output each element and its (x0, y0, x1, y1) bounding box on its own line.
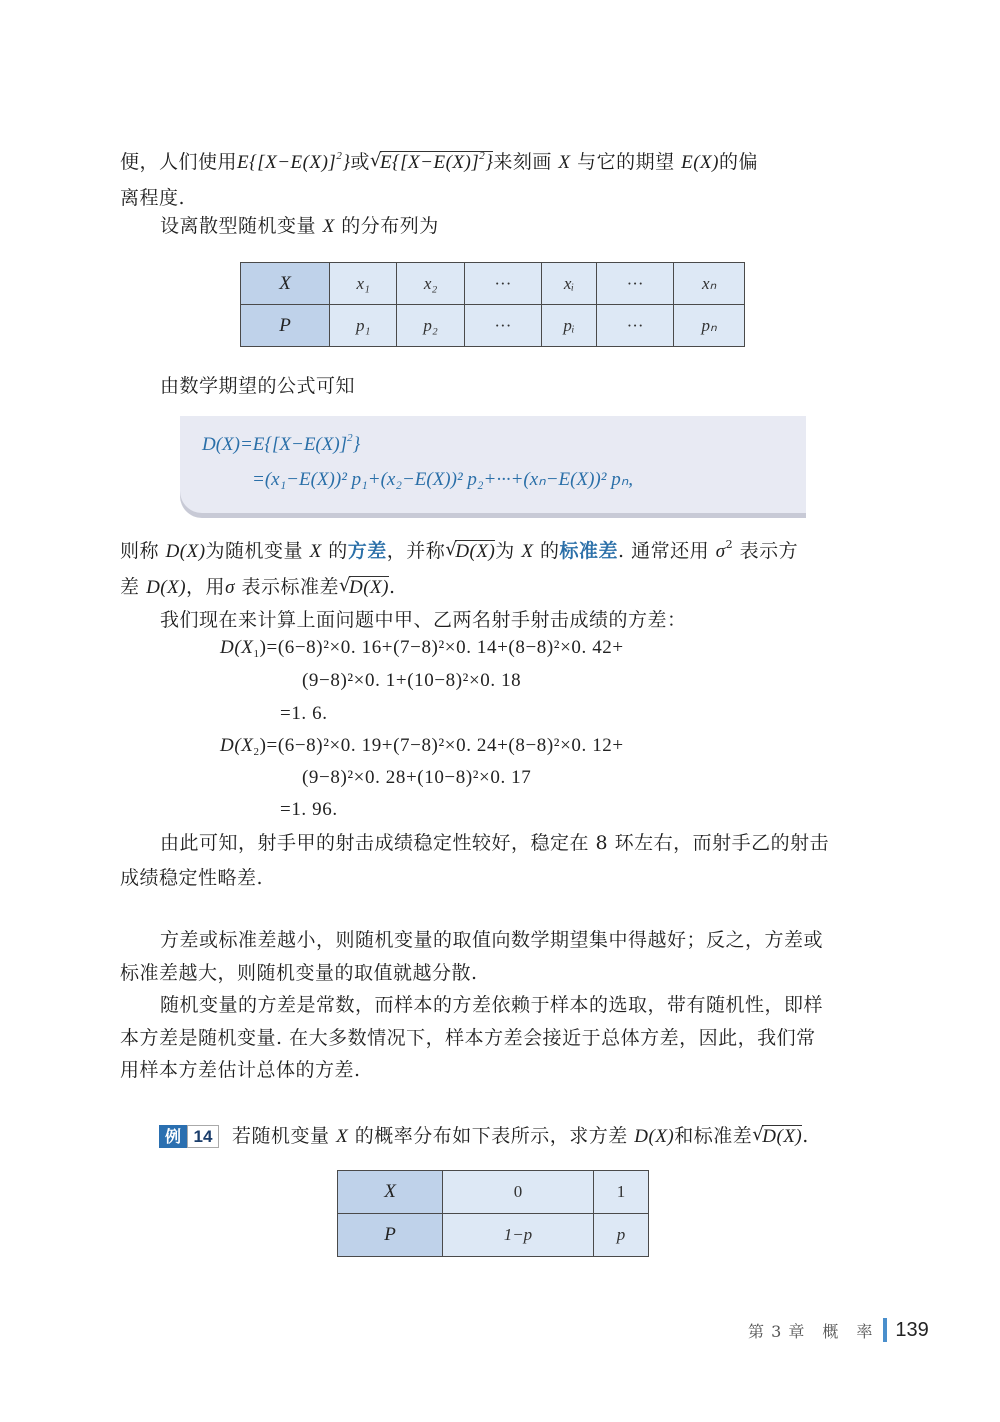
example-text: 若随机变量 X 的概率分布如下表所示，求方差 D(X)和标准差D(X). (232, 1122, 809, 1151)
cell: x₂ (397, 263, 464, 305)
cell: p (593, 1214, 648, 1257)
chapter-label: 第 3 章 概 率 (748, 1319, 873, 1342)
text: 与它的期望 (577, 151, 675, 173)
term-standard-deviation: 标准差 (560, 540, 619, 562)
paragraph-line: 便，人们使用E{[X−E(X)]2}或E{[X−E(X)]2}来刻画 X 与它的… (120, 148, 758, 177)
calc-dx2-line1: D(X2)=(6−8)²×0. 19+(7−8)²×0. 24+(8−8)²×0… (220, 735, 624, 757)
paragraph-line: 我们现在来计算上面问题中甲、乙两名射手射击成绩的方差： (160, 606, 687, 634)
cell: x₁ (330, 263, 397, 305)
text: 设离散型随机变量 (160, 215, 316, 237)
math-var: X (323, 216, 335, 237)
calc-dx2-result: =1. 96. (280, 799, 338, 821)
cell: xᵢ (542, 263, 597, 305)
text: 的偏 (719, 151, 758, 173)
text: 的分布列为 (341, 215, 439, 237)
paragraph-line: 成绩稳定性略差. (120, 864, 263, 892)
table-row-p: P 1−p p (338, 1214, 649, 1257)
calc-dx1-line2: (9−8)²×0. 1+(10−8)²×0. 18 (302, 670, 521, 692)
cell: pₙ (674, 305, 745, 347)
remark-line: 方差或标准差越小，则随机变量的取值向数学期望集中得越好；反之，方差或 (160, 926, 823, 954)
example-badge: 例 14 (159, 1125, 219, 1148)
cell: 1 (593, 1171, 648, 1214)
example-number: 14 (187, 1125, 219, 1148)
sqrt-expr: D(X) (752, 1123, 802, 1151)
text: 来刻画 (493, 151, 552, 173)
distribution-table-example: X 0 1 P 1−p p (337, 1170, 649, 1257)
page-number: 139 (895, 1319, 928, 1342)
cell: 1−p (443, 1214, 594, 1257)
cell-ellipsis: ··· (464, 263, 541, 305)
cell: p₂ (397, 305, 464, 347)
cell: 0 (443, 1171, 594, 1214)
paragraph-line: 由数学期望的公式可知 (160, 372, 355, 400)
term-variance: 方差 (348, 540, 387, 562)
text: 或 (350, 151, 370, 173)
math-expr: E(X) (681, 152, 719, 173)
distribution-table-general: X x₁ x₂ ··· xᵢ ··· xₙ P p₁ p₂ ··· pᵢ ···… (240, 262, 745, 347)
header-p: P (241, 305, 330, 347)
paragraph-line: 设离散型随机变量 X 的分布列为 (160, 212, 439, 241)
calc-dx1-result: =1. 6. (280, 703, 328, 725)
remark-line: 本方差是随机变量. 在大多数情况下，样本方差会接近于总体方差，因此，我们常 (120, 1024, 816, 1052)
table-row-p: P p₁ p₂ ··· pᵢ ··· pₙ (241, 305, 745, 347)
calc-dx1-line1: D(X1)=(6−8)²×0. 16+(7−8)²×0. 14+(8−8)²×0… (220, 637, 624, 659)
calc-dx2-line2: (9−8)²×0. 28+(10−8)²×0. 17 (302, 767, 531, 789)
table-row-x: X 0 1 (338, 1171, 649, 1214)
page-footer: 第 3 章 概 率 139 (748, 1318, 929, 1342)
header-x: X (241, 263, 330, 305)
header-p: P (338, 1214, 443, 1257)
cell: xₙ (674, 263, 745, 305)
footer-divider (883, 1318, 887, 1342)
cell: pᵢ (542, 305, 597, 347)
cell-ellipsis: ··· (596, 305, 673, 347)
cell-ellipsis: ··· (464, 305, 541, 347)
definition-line: 则称 D(X)为随机变量 X 的方差，并称D(X)为 X 的标准差. 通常还用 … (120, 537, 798, 566)
math-expr: E{[X−E(X)]2} (237, 152, 350, 173)
table-row-x: X x₁ x₂ ··· xᵢ ··· xₙ (241, 263, 745, 305)
paragraph-line: 离程度. (120, 184, 185, 212)
paragraph-line: 由此可知，射手甲的射击成绩稳定性较好，稳定在 8 环左右，而射手乙的射击 (160, 829, 829, 857)
remark-line: 用样本方差估计总体的方差. (120, 1056, 361, 1084)
formula-line-1: D(X)=E{[X−E(X)]2} (202, 434, 360, 456)
sqrt-expr: E{[X−E(X)]2} (370, 149, 493, 177)
math-var: X (558, 152, 570, 173)
remark-line: 随机变量的方差是常数，而样本的方差依赖于样本的选取，带有随机性，即样 (160, 991, 823, 1019)
sqrt-expr: D(X) (445, 538, 495, 566)
header-x: X (338, 1171, 443, 1214)
formula-line-2: =(x₁−E(X))² p₁+(x₂−E(X))² p₂+···+(xₙ−E(X… (252, 468, 633, 491)
definition-line: 差 D(X)，用σ 表示标准差D(X). (120, 573, 396, 602)
cell-ellipsis: ··· (596, 263, 673, 305)
sqrt-expr: D(X) (339, 574, 389, 602)
text: 便，人们使用 (120, 151, 237, 173)
example-label: 例 (159, 1125, 187, 1148)
formula-box-variance: D(X)=E{[X−E(X)]2} =(x₁−E(X))² p₁+(x₂−E(X… (180, 416, 806, 513)
cell: p₁ (330, 305, 397, 347)
remark-line: 标准差越大，则随机变量的取值就越分散. (120, 959, 478, 987)
